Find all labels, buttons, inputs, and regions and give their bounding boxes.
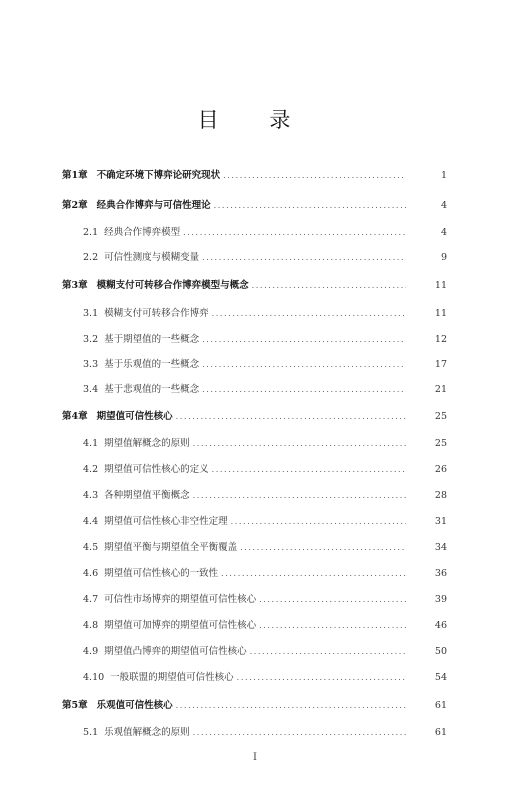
dot-leader (250, 647, 406, 656)
dot-leader (193, 439, 406, 448)
entry-page: 28 (423, 490, 447, 501)
entry-page: 25 (423, 411, 447, 422)
entry-label: 各种期望值平衡概念 (104, 487, 190, 501)
dot-leader (176, 412, 406, 421)
dot-leader (183, 228, 406, 237)
entry-page: 61 (423, 727, 447, 738)
toc-entry-section[interactable]: 4.6 期望值可信性核心的一致性 36 (83, 565, 447, 581)
entry-number: 第1章 (62, 167, 88, 181)
entry-label: 经典合作博弈模型 (104, 224, 180, 238)
entry-number: 4.3 (83, 490, 98, 501)
entry-page: 36 (423, 568, 447, 579)
toc-entry-section[interactable]: 3.4 基于悲观值的一些概念 21 (83, 381, 447, 397)
entry-number: 4.7 (83, 594, 98, 605)
entry-page: 46 (423, 620, 447, 631)
entry-number: 4.8 (83, 620, 98, 631)
dot-leader (259, 621, 406, 630)
dot-leader (240, 543, 406, 552)
dot-leader (221, 569, 406, 578)
entry-number: 4.2 (83, 464, 98, 475)
entry-page: 9 (423, 252, 447, 263)
dot-leader (193, 491, 406, 500)
entry-label: 基于期望值的一些概念 (104, 331, 199, 345)
page-number: I (0, 752, 510, 763)
entry-label: 期望值可加博弈的期望值可信性核心 (104, 617, 256, 631)
entry-page: 50 (423, 646, 447, 657)
entry-label: 模糊支付可转移合作博弈 (104, 305, 209, 319)
entry-page: 61 (423, 700, 447, 711)
toc-entry-section[interactable]: 2.1 经典合作博弈模型 4 (83, 224, 447, 240)
entry-page: 12 (423, 334, 447, 345)
entry-page: 4 (423, 227, 447, 238)
entry-number: 第4章 (62, 408, 88, 422)
entry-number: 3.4 (83, 384, 98, 395)
toc-entry-section[interactable]: 3.2 基于期望值的一些概念 12 (83, 331, 447, 347)
entry-label: 期望值凸博弈的期望值可信性核心 (104, 643, 247, 657)
toc-entry-section[interactable]: 4.10 一般联盟的期望值可信性核心 54 (83, 669, 447, 685)
entry-number: 第5章 (62, 697, 88, 711)
dot-leader (212, 309, 406, 318)
toc-entry-chapter[interactable]: 第2章 经典合作博弈与可信性理论 4 (62, 197, 447, 213)
dot-leader (202, 360, 406, 369)
entry-number: 3.3 (83, 359, 98, 370)
entry-label: 期望值平衡与期望值全平衡覆盖 (104, 539, 237, 553)
entry-number: 5.1 (83, 727, 98, 738)
dot-leader (202, 253, 406, 262)
entry-number: 4.5 (83, 542, 98, 553)
entry-label: 模糊支付可转移合作博弈模型与概念 (97, 277, 249, 291)
entry-number: 第3章 (62, 277, 88, 291)
toc-entry-section[interactable]: 4.5 期望值平衡与期望值全平衡覆盖 34 (83, 539, 447, 555)
dot-leader (237, 673, 406, 682)
toc-entry-chapter[interactable]: 第4章 期望值可信性核心 25 (62, 408, 447, 424)
entry-label: 基于乐观值的一些概念 (104, 356, 199, 370)
entry-page: 25 (423, 438, 447, 449)
entry-label: 期望值解概念的原则 (104, 435, 190, 449)
entry-page: 54 (423, 672, 447, 683)
entry-number: 4.4 (83, 516, 98, 527)
toc-entry-section[interactable]: 4.9 期望值凸博弈的期望值可信性核心 50 (83, 643, 447, 659)
dot-leader (202, 335, 406, 344)
dot-leader (259, 595, 406, 604)
entry-page: 34 (423, 542, 447, 553)
entry-page: 39 (423, 594, 447, 605)
entry-label: 期望值可信性核心的一致性 (104, 565, 218, 579)
dot-leader (252, 281, 406, 290)
entry-number: 2.2 (83, 252, 98, 263)
entry-page: 11 (423, 308, 447, 319)
entry-label: 可信性市场博弈的期望值可信性核心 (104, 591, 256, 605)
entry-number: 3.1 (83, 308, 98, 319)
entry-page: 17 (423, 359, 447, 370)
entry-label: 期望值可信性核心的定义 (104, 461, 209, 475)
dot-leader (231, 517, 406, 526)
toc-entry-section[interactable]: 4.4 期望值可信性核心非空性定理 31 (83, 513, 447, 529)
entry-number: 4.10 (83, 672, 104, 683)
entry-label: 乐观值解概念的原则 (104, 724, 190, 738)
toc-entry-section[interactable]: 4.2 期望值可信性核心的定义 26 (83, 461, 447, 477)
toc-entry-chapter[interactable]: 第3章 模糊支付可转移合作博弈模型与概念 11 (62, 277, 447, 293)
entry-page: 1 (423, 170, 447, 181)
entry-number: 4.9 (83, 646, 98, 657)
toc-entry-section[interactable]: 3.1 模糊支付可转移合作博弈 11 (83, 305, 447, 321)
toc-entry-section[interactable]: 2.2 可信性测度与模糊变量 9 (83, 249, 447, 265)
toc-entry-section[interactable]: 4.3 各种期望值平衡概念 28 (83, 487, 447, 503)
entry-page: 26 (423, 464, 447, 475)
entry-label: 可信性测度与模糊变量 (104, 249, 199, 263)
toc-entry-section[interactable]: 3.3 基于乐观值的一些概念 17 (83, 356, 447, 372)
entry-number: 第2章 (62, 197, 88, 211)
entry-label: 不确定环境下博弈论研究现状 (97, 167, 221, 181)
dot-leader (212, 465, 406, 474)
entry-label: 一般联盟的期望值可信性核心 (110, 669, 234, 683)
dot-leader (176, 701, 406, 710)
entry-label: 期望值可信性核心非空性定理 (104, 513, 228, 527)
toc-entry-section[interactable]: 4.8 期望值可加博弈的期望值可信性核心 46 (83, 617, 447, 633)
toc-entry-section[interactable]: 5.1 乐观值解概念的原则 61 (83, 724, 447, 740)
toc-entry-section[interactable]: 4.7 可信性市场博弈的期望值可信性核心 39 (83, 591, 447, 607)
entry-number: 3.2 (83, 334, 98, 345)
entry-label: 基于悲观值的一些概念 (104, 381, 199, 395)
dot-leader (193, 728, 406, 737)
entry-label: 期望值可信性核心 (97, 408, 173, 422)
entry-page: 21 (423, 384, 447, 395)
entry-number: 2.1 (83, 227, 98, 238)
entry-label: 乐观值可信性核心 (97, 697, 173, 711)
dot-leader (223, 171, 406, 180)
entry-number: 4.6 (83, 568, 98, 579)
entry-page: 4 (423, 200, 447, 211)
entry-number: 4.1 (83, 438, 98, 449)
toc-entry-chapter[interactable]: 第5章 乐观值可信性核心 61 (62, 697, 447, 713)
entry-label: 经典合作博弈与可信性理论 (97, 197, 211, 211)
dot-leader (202, 385, 406, 394)
entry-page: 11 (423, 280, 447, 291)
dot-leader (214, 201, 406, 210)
page-title: 目 录 (0, 104, 510, 134)
entry-page: 31 (423, 516, 447, 527)
toc-entry-chapter[interactable]: 第1章 不确定环境下博弈论研究现状 1 (62, 167, 447, 183)
toc-entry-section[interactable]: 4.1 期望值解概念的原则 25 (83, 435, 447, 451)
